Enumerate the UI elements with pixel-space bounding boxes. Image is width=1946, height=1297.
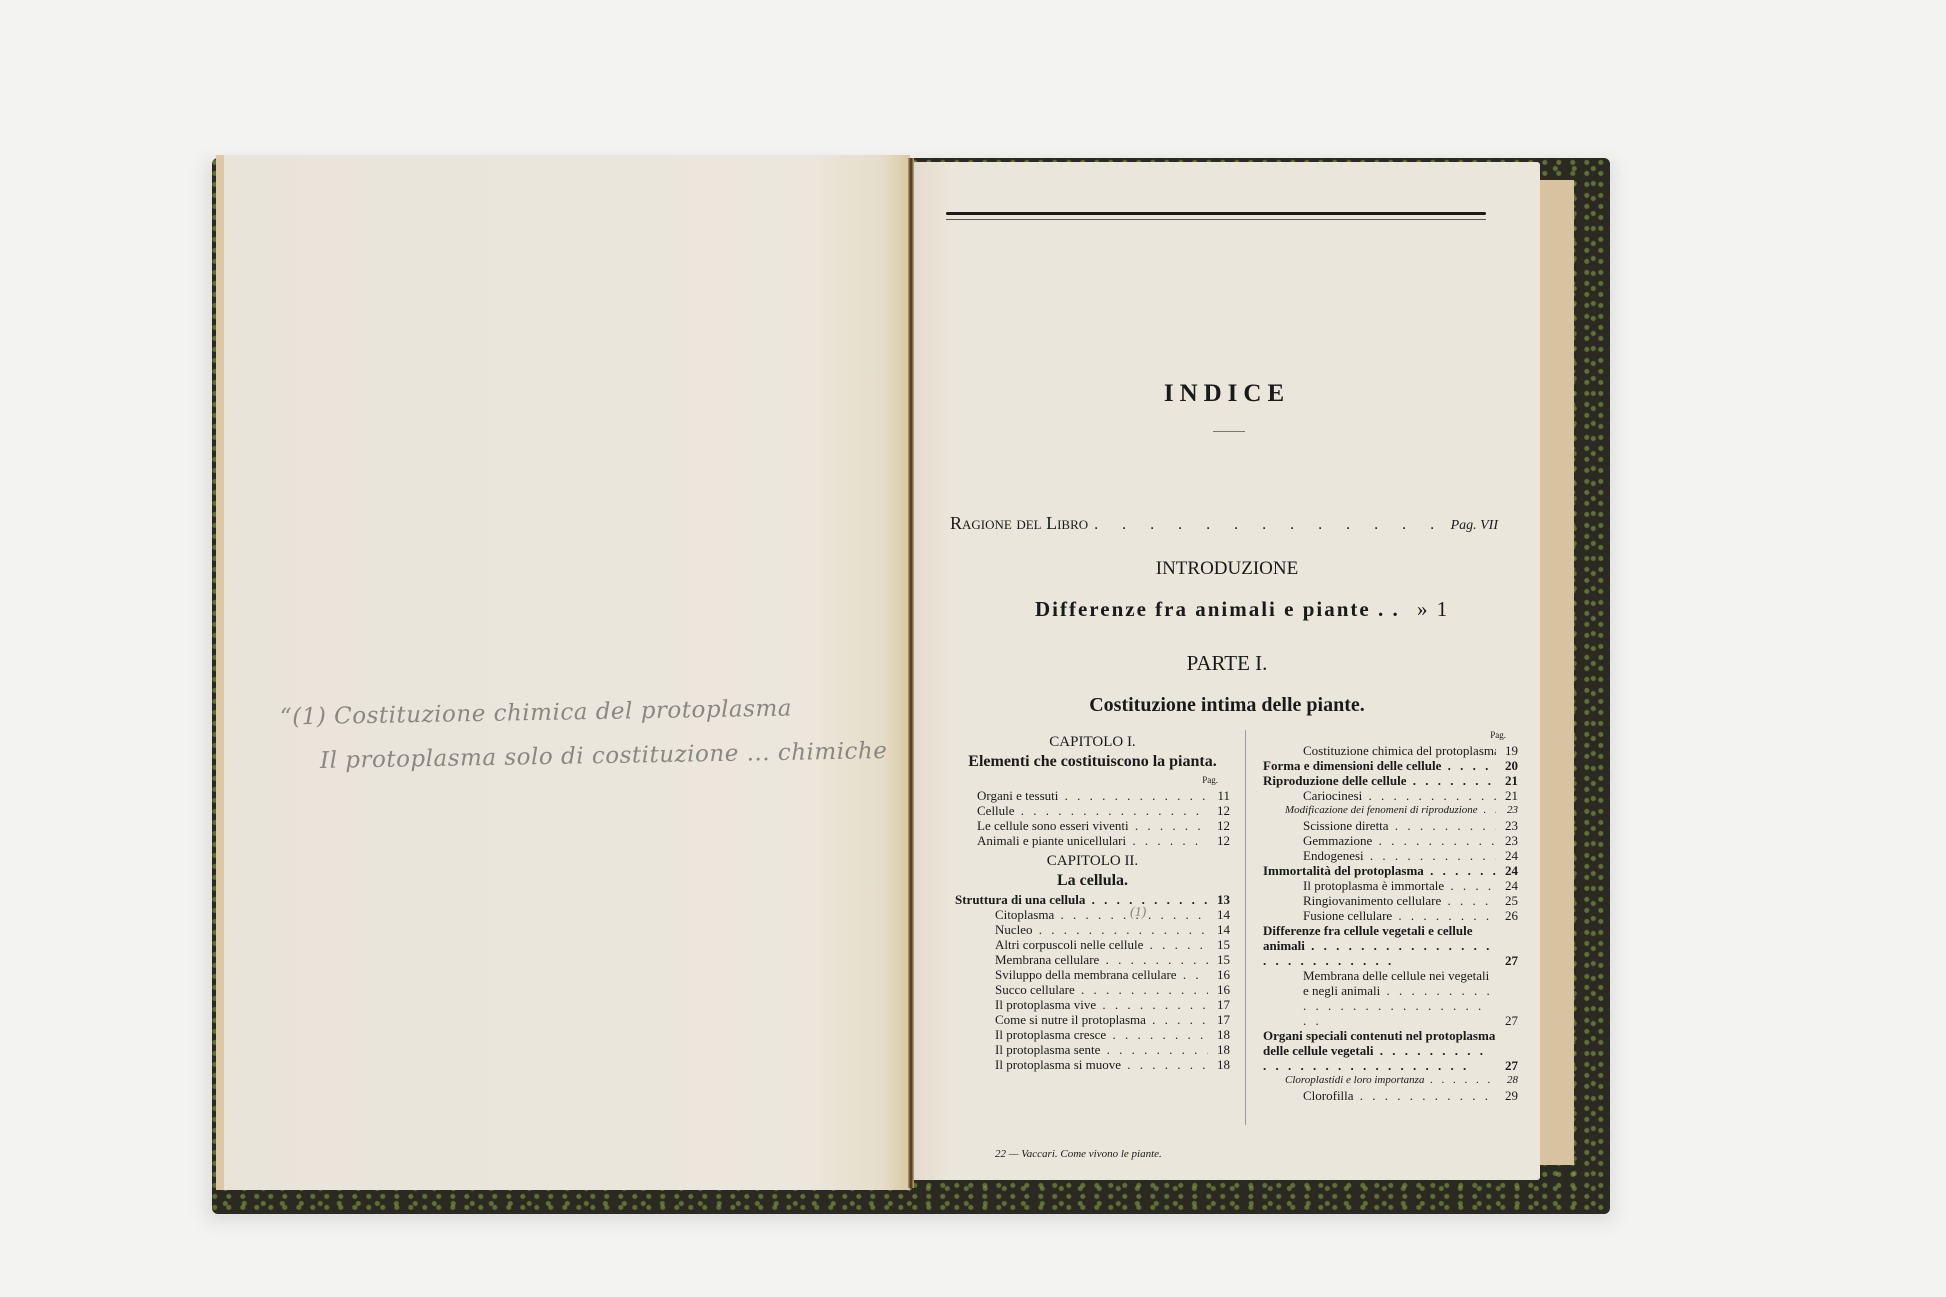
toc-entry: Scissione diretta23 bbox=[1263, 818, 1518, 833]
toc-entry: Le cellule sono esseri viventi12 bbox=[955, 818, 1230, 833]
toc-entry: Forma e dimensioni delle cellule20 bbox=[1263, 758, 1518, 773]
pag-label: Pag. bbox=[955, 773, 1230, 788]
toc-entry: Clorofilla29 bbox=[1263, 1088, 1518, 1103]
toc-entry: Gemmazione23 bbox=[1263, 833, 1518, 848]
title-dash bbox=[1213, 431, 1245, 432]
chapter-2-title: La cellula. bbox=[955, 871, 1230, 890]
toc-entry: Il protoplasma si muove18 bbox=[955, 1057, 1230, 1072]
toc-entry: Membrana delle cellule nei vegetali e ne… bbox=[1263, 968, 1518, 1028]
introduction-title: Differenze fra animali e piante bbox=[1035, 597, 1371, 621]
toc-left-column: CAPITOLO I. Elementi che costituiscono l… bbox=[955, 733, 1230, 1072]
toc-entry: Membrana cellulare15 bbox=[955, 952, 1230, 967]
toc-entry: Cariocinesi21 bbox=[1263, 788, 1518, 803]
toc-entry: Riproduzione delle cellule21 bbox=[1263, 773, 1518, 788]
toc-entry: Ringiovanimento cellulare25 bbox=[1263, 893, 1518, 908]
toc-entry: Cellule12 bbox=[955, 803, 1230, 818]
page-footer: 22 — Vaccari. Come vivono le piante. bbox=[995, 1148, 1162, 1160]
index-title: INDICE bbox=[914, 380, 1540, 408]
preface-label: Ragione del Libro bbox=[950, 513, 1088, 534]
part-title: Costituzione intima delle piante. bbox=[914, 694, 1540, 717]
leader-dots: . . . . . . . . . . . . . . . . . . . . … bbox=[1088, 516, 1450, 534]
chapter-2-heading: CAPITOLO II. bbox=[955, 854, 1230, 869]
toc-entry: Succo cellulare16 bbox=[955, 982, 1230, 997]
toc-entry: Come si nutre il protoplasma17 bbox=[955, 1012, 1230, 1027]
toc-entry: Cloroplastidi e loro importanza28 bbox=[1263, 1073, 1518, 1088]
toc-entry: Fusione cellulare26 bbox=[1263, 908, 1518, 923]
header-rule-thick bbox=[946, 212, 1486, 215]
introduction-page: » 1 bbox=[1417, 597, 1449, 621]
toc-entry: Modificazione dei fenomeni di riproduzio… bbox=[1263, 803, 1518, 818]
toc-entry: Sviluppo della membrana cellulare16 bbox=[955, 967, 1230, 982]
column-divider bbox=[1245, 730, 1246, 1125]
pencil-margin-mark: (1) bbox=[1130, 905, 1146, 921]
toc-entry: Il protoplasma cresce18 bbox=[955, 1027, 1230, 1042]
toc-entry: Organi e tessuti11 bbox=[955, 788, 1230, 803]
toc-entry: Animali e piante unicellulari12 bbox=[955, 833, 1230, 848]
page-edges bbox=[216, 155, 224, 1190]
toc-entry: Il protoplasma sente18 bbox=[955, 1042, 1230, 1057]
toc-entry: Costituzione chimica del protoplasma19 bbox=[1263, 743, 1518, 758]
toc-entry: Citoplasma14 bbox=[955, 907, 1230, 922]
left-page bbox=[222, 155, 910, 1190]
toc-entry: Il protoplasma è immortale24 bbox=[1263, 878, 1518, 893]
pag-label: Pag. bbox=[1263, 728, 1518, 743]
chapter-1-title: Elementi che costituiscono la pianta. bbox=[955, 752, 1230, 771]
part-heading: PARTE I. bbox=[914, 651, 1540, 676]
preface-page: Pag. VII bbox=[1451, 518, 1498, 534]
endpaper bbox=[1540, 180, 1574, 1165]
header-rule-thin bbox=[946, 219, 1486, 220]
toc-entry: Immortalità del protoplasma24 bbox=[1263, 863, 1518, 878]
toc-entry: Altri corpuscoli nelle cellule15 bbox=[955, 937, 1230, 952]
toc-entry: Differenze fra cellule vegetali e cellul… bbox=[1263, 923, 1518, 968]
toc-preface: Ragione del Libro . . . . . . . . . . . … bbox=[950, 513, 1498, 534]
toc-right-column: Pag. Costituzione chimica del protoplasm… bbox=[1263, 728, 1518, 1103]
toc-entry: Endogenesi24 bbox=[1263, 848, 1518, 863]
toc-entry: Struttura di una cellula13 bbox=[955, 892, 1230, 907]
introduction-heading: INTRODUZIONE bbox=[914, 558, 1540, 580]
toc-entry: Organi speciali contenuti nel protoplasm… bbox=[1263, 1028, 1518, 1073]
toc-entry: Il protoplasma vive17 bbox=[955, 997, 1230, 1012]
introduction-entry: Differenze fra animali e piante . . » 1 bbox=[1035, 597, 1449, 622]
chapter-1-heading: CAPITOLO I. bbox=[955, 735, 1230, 750]
toc-entry: Nucleo14 bbox=[955, 922, 1230, 937]
